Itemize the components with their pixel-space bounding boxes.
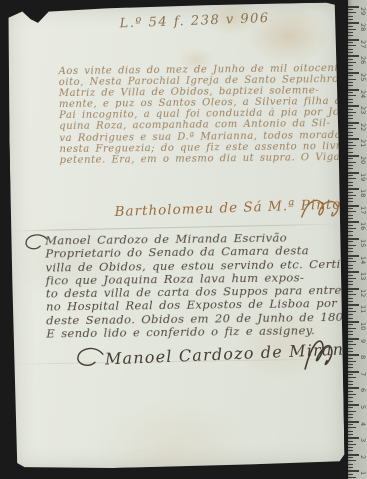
ruler-tick [348,158,353,159]
ruler-tick [348,474,353,475]
ruler-tick [348,152,353,153]
ruler-tick [348,92,353,93]
ruler-label: 1 [359,471,366,475]
ruler-tick [348,172,359,174]
ruler-tick [348,464,353,465]
ruler-tick [348,178,356,179]
ruler-tick [348,394,356,395]
ruler-tick [348,105,359,107]
ruler-tick [348,288,359,290]
ruler-label: 27 [359,40,366,48]
ruler-tick [348,55,359,57]
ruler-label: 24 [359,90,366,98]
ruler-tick [348,52,353,53]
ruler-tick [348,367,353,368]
ruler-tick [348,381,353,382]
ruler-label: 10 [359,322,366,330]
ruler-tick [348,192,353,193]
ruler-tick [348,168,353,169]
ruler-tick [348,324,353,325]
ruler-tick [348,457,353,458]
ruler-tick [348,271,359,273]
ruler-tick [348,404,359,406]
ruler-tick [348,26,353,27]
ruler-tick [348,384,353,385]
ruler-tick [348,175,353,176]
ruler-tick [348,39,359,41]
ruler-tick [348,218,353,219]
ruler-tick [348,142,353,143]
ruler-tick [348,188,359,190]
ruler-label: 8 [359,355,366,359]
ruler-label: 25 [359,73,366,81]
ruler-tick [348,444,356,445]
ruler-tick [348,59,353,60]
ruler-label: 3 [359,438,366,442]
ruler-label: 7 [359,372,366,376]
ruler-tick [348,387,359,389]
ruler-label: 5 [359,405,366,409]
ruler-tick [348,477,356,478]
ruler-tick [348,397,353,398]
ruler-tick [348,72,359,74]
ruler-tick [348,45,356,46]
paragraph-certificate: Manoel Cardozo de Miranda Escrivão Propr… [45,230,367,340]
ruler-tick [348,132,353,133]
rubric-icon [299,335,336,374]
ruler-tick [348,165,353,166]
ruler-tick [348,215,353,216]
ruler-label: 13 [359,272,366,280]
ruler-label: 21 [359,139,366,147]
ruler-tick [348,328,356,329]
document-paper: L.º 54 f. 238 v 906 Aos vinte dias do me… [7,2,344,469]
ruler-label: 16 [359,222,366,230]
ruler-label: 18 [359,189,366,197]
reference-number: L.º 54 f. 238 v 906 [119,11,269,31]
ruler-tick [348,460,356,461]
ruler-tick [348,195,356,196]
ruler-tick [348,261,356,262]
ruler-tick [348,318,353,319]
ruler-tick [348,255,359,257]
ruler-tick [348,371,359,373]
ruler-tick [348,89,359,91]
ruler-tick [348,238,359,240]
signature-flourish-icon [298,194,340,225]
ruler-tick [348,95,356,96]
photo-stage: L.º 54 f. 238 v 906 Aos vinte dias do me… [0,0,367,479]
ruler-tick [348,85,353,86]
ruler-tick [348,411,356,412]
ruler-tick [348,421,359,423]
ruler-label: 19 [359,173,366,181]
ruler-tick [348,248,353,249]
ruler-tick [348,12,356,13]
ruler-tick [348,331,353,332]
ruler-tick [348,19,353,20]
ruler-tick [348,338,359,340]
ruler-tick [348,454,359,456]
ruler-tick [348,182,353,183]
ruler-tick [348,437,359,439]
ruler-tick [348,235,353,236]
ruler-label: 23 [359,106,366,114]
signature-flourish-icon [75,346,105,368]
ruler-tick [348,35,353,36]
ruler-tick [348,470,359,472]
ruler-tick [348,258,353,259]
ruler-tick [348,205,359,207]
ruler-tick [348,284,353,285]
ruler-tick [348,268,353,269]
ruler-tick [348,401,353,402]
ruler-label: 15 [359,239,366,247]
ruler-tick [348,450,353,451]
ruler-tick [348,128,356,129]
ruler-tick [348,294,356,295]
ruler-tick [348,148,353,149]
ruler-label: 4 [359,422,366,426]
ruler-tick [348,431,353,432]
paragraph-baptism-record: Aos vinte dias do mez de Junho de mil oi… [59,62,367,165]
ruler-tick [348,308,353,309]
ruler-tick [348,75,353,76]
ruler-tick [348,145,356,146]
ruler-tick [348,291,353,292]
ruler-tick [348,221,359,223]
fold-crease [11,224,341,232]
ruler-tick [348,138,359,140]
ruler-label: 26 [359,56,366,64]
ruler-tick [348,275,353,276]
ruler-tick [348,162,356,163]
ruler-tick [348,32,353,33]
ruler-tick [348,321,359,323]
ruler-tick [348,434,353,435]
ruler-tick [348,447,353,448]
ruler-label: 12 [359,289,366,297]
ruler-tick [348,361,356,362]
ruler-tick [348,185,353,186]
ruler-tick [348,69,353,70]
ruler-tick [348,251,353,252]
ruler-tick [348,407,353,408]
ruler: 2928272625242322212019181716151413121110… [348,0,367,479]
ruler-label: 17 [359,206,366,214]
ruler-tick [348,29,356,30]
ruler-tick [348,65,353,66]
ruler-tick [348,228,356,229]
ruler-tick [348,135,353,136]
ruler-tick [348,241,353,242]
ruler-tick [348,211,356,212]
ruler-tick [348,6,359,8]
ruler-label: 22 [359,123,366,131]
ruler-tick [348,9,353,10]
ruler-tick [348,348,353,349]
ruler-tick [348,245,356,246]
ruler-tick [348,225,353,226]
ruler-tick [348,358,353,359]
ruler-label: 6 [359,388,366,392]
handwriting-line: petente. Era, em o mesmo dia ut supra. O… [60,151,367,166]
ruler-tick [348,109,353,110]
ruler-tick [348,377,356,378]
ruler-tick [348,42,353,43]
ruler-label: 11 [359,305,366,313]
ruler-tick [348,102,353,103]
ruler-tick [348,112,356,113]
ruler-tick [348,374,353,375]
ruler-tick [348,115,353,116]
ruler-tick [348,441,353,442]
ruler-tick [348,208,353,209]
ruler-tick [348,424,353,425]
ruler-tick [348,125,353,126]
ruler-tick [348,354,359,356]
ruler-tick [348,79,356,80]
ruler-tick [348,311,356,312]
ruler-tick [348,198,353,199]
ruler-tick [348,298,353,299]
ruler-tick [348,364,353,365]
ruler-tick [348,265,353,266]
ruler-tick [348,118,353,119]
ruler-tick [348,304,359,306]
ruler-tick [348,344,356,345]
ruler-tick [348,155,359,157]
ruler-tick [348,201,353,202]
ruler-label: 28 [359,23,366,31]
ruler-tick [348,22,359,24]
ruler-label: 2 [359,455,366,459]
ruler-tick [348,334,353,335]
ruler-tick [348,467,353,468]
ruler-tick [348,301,353,302]
ruler-tick [348,16,353,17]
ruler-tick [348,99,353,100]
ruler-tick [348,391,353,392]
ruler-label: 14 [359,256,366,264]
ruler-tick [348,341,353,342]
ruler-tick [348,49,353,50]
ruler-label: 20 [359,156,366,164]
ruler-tick [348,417,353,418]
ruler-tick [348,281,353,282]
ruler-tick [348,82,353,83]
ruler-tick [348,62,356,63]
ruler-label: 29 [359,7,366,15]
ruler-tick [348,314,353,315]
ruler-tick [348,414,353,415]
ruler-label: 9 [359,339,366,343]
ruler-tick [348,351,353,352]
ruler-tick [348,231,353,232]
ruler-tick [348,122,359,124]
ruler-tick [348,278,356,279]
ruler-tick [348,427,356,428]
